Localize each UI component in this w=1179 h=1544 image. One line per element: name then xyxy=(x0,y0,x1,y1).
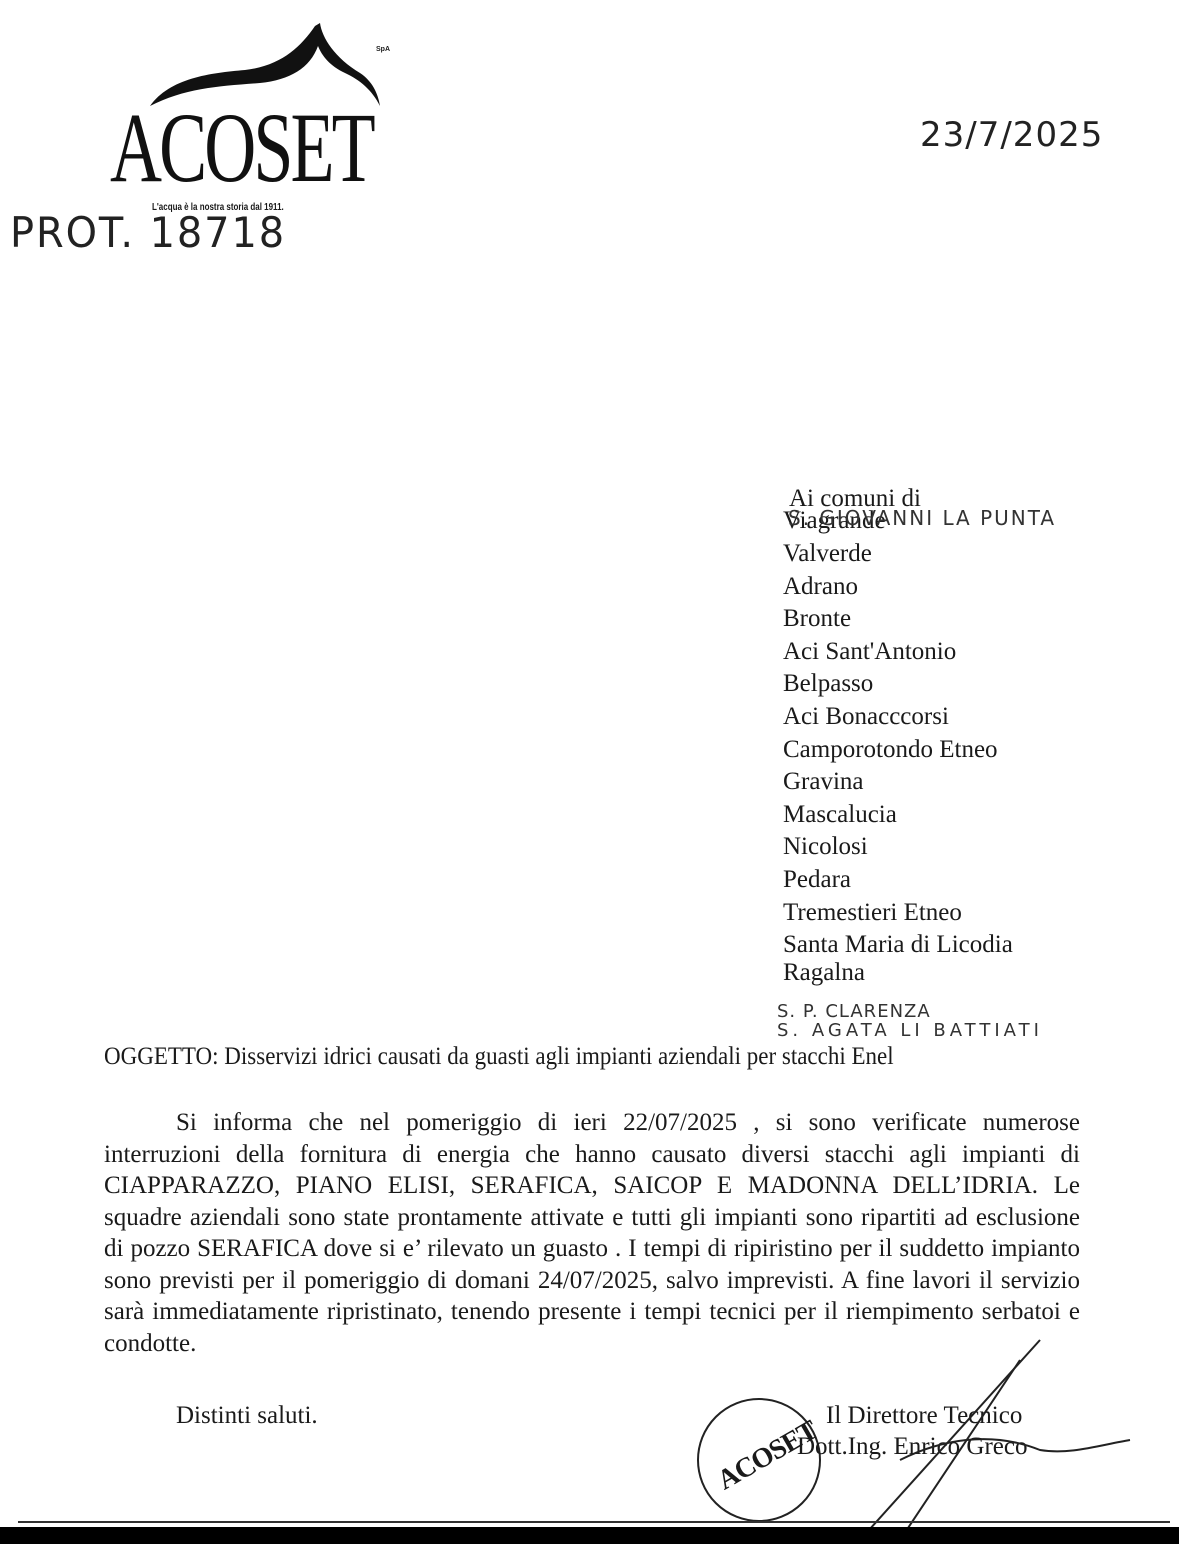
recipient-item: Ragalna xyxy=(783,962,1013,984)
handwritten-signature-icon xyxy=(840,1340,1160,1540)
handwritten-added-recipient: S. GIOVANNI LA PUNTA xyxy=(788,506,1056,530)
recipients-block: Ai comuni di Viagrande Valverde Adrano B… xyxy=(783,488,1013,984)
recipient-item: Mascalucia xyxy=(783,799,1013,832)
recipient-item: Belpasso xyxy=(783,668,1013,701)
recipient-item: Bronte xyxy=(783,603,1013,636)
footer-rule xyxy=(18,1521,1170,1523)
recipient-item: Tremestieri Etneo xyxy=(783,897,1013,930)
recipient-item: Gravina xyxy=(783,766,1013,799)
company-name: ACOSET xyxy=(110,98,373,198)
recipient-item: Aci Sant'Antonio xyxy=(783,636,1013,669)
recipient-item: Santa Maria di Licodia xyxy=(783,929,1013,962)
closing-greeting: Distinti saluti. xyxy=(176,1402,318,1430)
recipient-item: Pedara xyxy=(783,864,1013,897)
handwritten-date: 23/7/2025 xyxy=(920,115,1103,155)
scan-edge xyxy=(0,1527,1179,1544)
company-suffix: SpA xyxy=(376,46,390,53)
handwritten-protocol-number: PROT. 18718 xyxy=(10,208,286,257)
recipient-item: Adrano xyxy=(783,571,1013,604)
recipient-item: Nicolosi xyxy=(783,831,1013,864)
letter-subject: OGGETTO: Disservizi idrici causati da gu… xyxy=(104,1043,894,1071)
recipient-item: Camporotondo Etneo xyxy=(783,734,1013,767)
letter-body: Si informa che nel pomeriggio di ieri 22… xyxy=(104,1107,1080,1359)
company-logo: SpA ACOSET L'acqua è la nostra storia da… xyxy=(110,18,350,208)
recipient-item: Valverde xyxy=(783,538,1013,571)
handwritten-added-recipient: S. AGATA LI BATTIATI xyxy=(777,1020,1043,1041)
handwritten-added-recipient: S. P. CLARENZA xyxy=(777,1001,931,1022)
recipient-item: Aci Bonacccorsi xyxy=(783,701,1013,734)
